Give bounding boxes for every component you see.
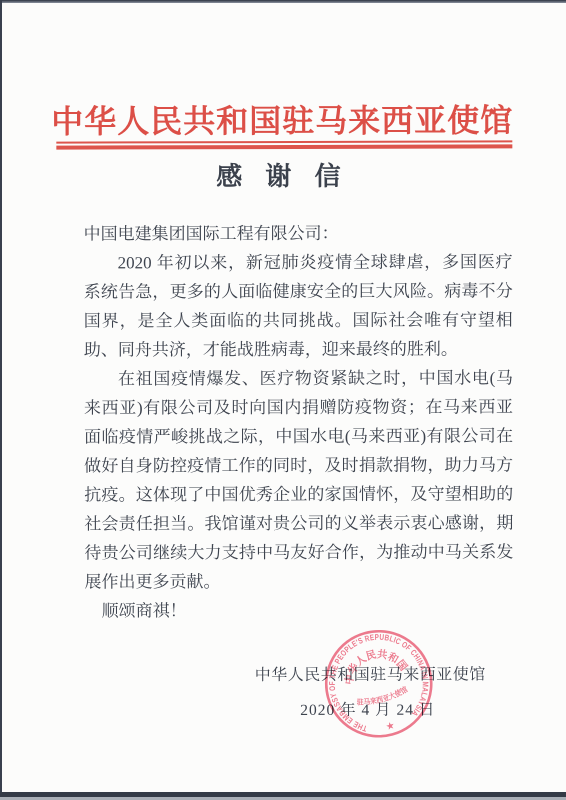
letterhead-double-rule	[56, 140, 512, 149]
scanned-letter-page: 中华人民共和国驻马来西亚使馆 感 谢 信 中国电建集团国际工程有限公司： 202…	[0, 0, 566, 800]
salutation-line: 中国电建集团国际工程有限公司：	[84, 218, 513, 248]
seal-inner-text-line2: 驻马来西亚大使馆	[354, 683, 410, 711]
seal-star-icon: ★	[385, 720, 397, 733]
embassy-seal-stamp: THE EMBASSY OF THE PEOPLE'S REPUBLIC OF …	[319, 624, 439, 744]
embassy-letterhead-title: 中华人民共和国驻马来西亚使馆	[0, 95, 565, 142]
closing-salute: 顺颂商祺！	[85, 595, 514, 625]
seal-ring-text: THE EMBASSY OF THE PEOPLE'S REPUBLIC OF …	[319, 624, 439, 740]
letterhead-rule-thin	[56, 140, 512, 143]
letter-content: 中华人民共和国驻马来西亚使馆 感 谢 信 中国电建集团国际工程有限公司： 202…	[0, 0, 566, 800]
letter-title: 感 谢 信	[0, 155, 565, 193]
letterhead-rule-thick	[56, 144, 512, 149]
body-paragraph-2: 在祖国疫情爆发、医疗物资紧缺之时，中国水电(马来西亚)有限公司及时向国内捐赠防疫…	[84, 363, 514, 596]
letter-body: 中国电建集团国际工程有限公司： 2020 年初以来，新冠肺炎疫情全球肆虐，多国医…	[84, 218, 514, 625]
body-paragraph-1: 2020 年初以来，新冠肺炎疫情全球肆虐，多国医疗系统告急，更多的人面临健康安全…	[84, 247, 513, 364]
